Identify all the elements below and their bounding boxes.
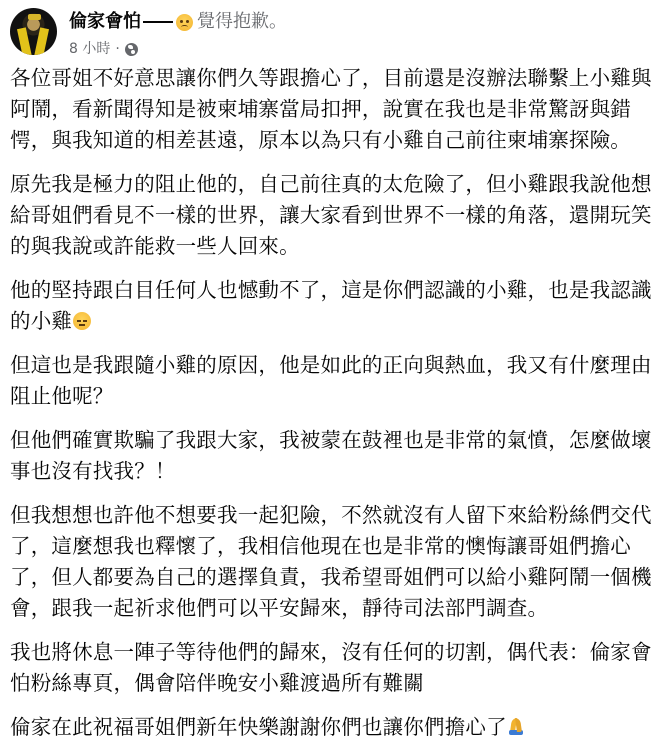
post-title-line: 倫家會怕 覺得抱歉。 [69,10,287,34]
paragraph-text: 原先我是極力的阻止他的，自己前往真的太危險了，但小雞跟我說他想給哥姐們看見不一樣… [10,172,652,258]
paragraph-text: 但我想想也許他不想要我一起犯險，不然就沒有人留下來給粉絲們交代了，這麼想我也釋懷… [10,503,652,620]
paragraph-text: 他的堅持跟白目任何人也憾動不了，這是你們認識的小雞，也是我認識的小雞 [10,278,652,333]
folded-hands-emoji-icon [508,716,524,736]
post-paragraph-5: 但他們確實欺騙了我跟大家，我被蒙在鼓裡也是非常的氣憤，怎麼做壞事也沒有找我？！ [10,425,656,487]
feeling-text: 覺得抱歉。 [197,10,287,34]
folded-hands-sleeve [509,730,523,735]
sad-face-icon [176,14,193,31]
avatar-hat-detail [28,14,41,20]
post-paragraph-8: 倫家在此祝福哥姐們新年快樂謝謝你們也讓你們擔心了 [10,712,656,743]
author-name-link[interactable]: 倫家會怕 [69,10,141,34]
post-timestamp-link[interactable]: 8 小時 [69,40,110,58]
post-header: 倫家會怕 覺得抱歉。 8 小時 · [10,8,287,60]
paragraph-text: 但他們確實欺騙了我跟大家，我被蒙在鼓裡也是非常的氣憤，怎麼做壞事也沒有找我？！ [10,428,652,483]
post-paragraph-3: 他的堅持跟白目任何人也憾動不了，這是你們認識的小雞，也是我認識的小雞 [10,275,656,337]
downcast-sweat-emoji-icon [73,312,91,330]
post-meta: 倫家會怕 覺得抱歉。 8 小時 · [69,10,287,58]
dot-separator: · [115,40,119,58]
post-subline: 8 小時 · [69,40,287,58]
paragraph-text: 各位哥姐不好意思讓你們久等跟擔心了，目前還是沒辦法聯繫上小雞與阿鬧，看新聞得知是… [10,66,652,152]
paragraph-text: 我也將休息一陣子等待他們的歸來，沒有任何的切割，偶代表：倫家會怕粉絲專頁，偶會陪… [10,640,652,695]
paragraph-text: 但這也是我跟隨小雞的原因，他是如此的正向與熱血，我又有什麼理由阻止他呢？ [10,353,652,408]
globe-icon[interactable] [125,43,138,56]
post-paragraph-6: 但我想想也許他不想要我一起犯險，不然就沒有人留下來給粉絲們交代了，這麼想我也釋懷… [10,500,656,624]
post-paragraph-4: 但這也是我跟隨小雞的原因，他是如此的正向與熱血，我又有什麼理由阻止他呢？ [10,350,656,412]
post-paragraph-2: 原先我是極力的阻止他的，自己前往真的太危險了，但小雞跟我說他想給哥姐們看見不一樣… [10,169,656,262]
post-paragraph-7: 我也將休息一陣子等待他們的歸來，沒有任何的切割，偶代表：倫家會怕粉絲專頁，偶會陪… [10,637,656,699]
avatar-sash-left [17,27,32,55]
avatar-sash-right [34,27,49,55]
author-avatar[interactable] [10,8,57,55]
post-paragraph-1: 各位哥姐不好意思讓你們久等跟擔心了，目前還是沒辦法聯繫上小雞與阿鬧，看新聞得知是… [10,63,656,156]
post-body: 各位哥姐不好意思讓你們久等跟擔心了，目前還是沒辦法聯繫上小雞與阿鬧，看新聞得知是… [10,63,656,754]
paragraph-text: 倫家在此祝福哥姐們新年快樂謝謝你們也讓你們擔心了 [10,715,507,739]
feeling-separator-dash [143,21,173,23]
